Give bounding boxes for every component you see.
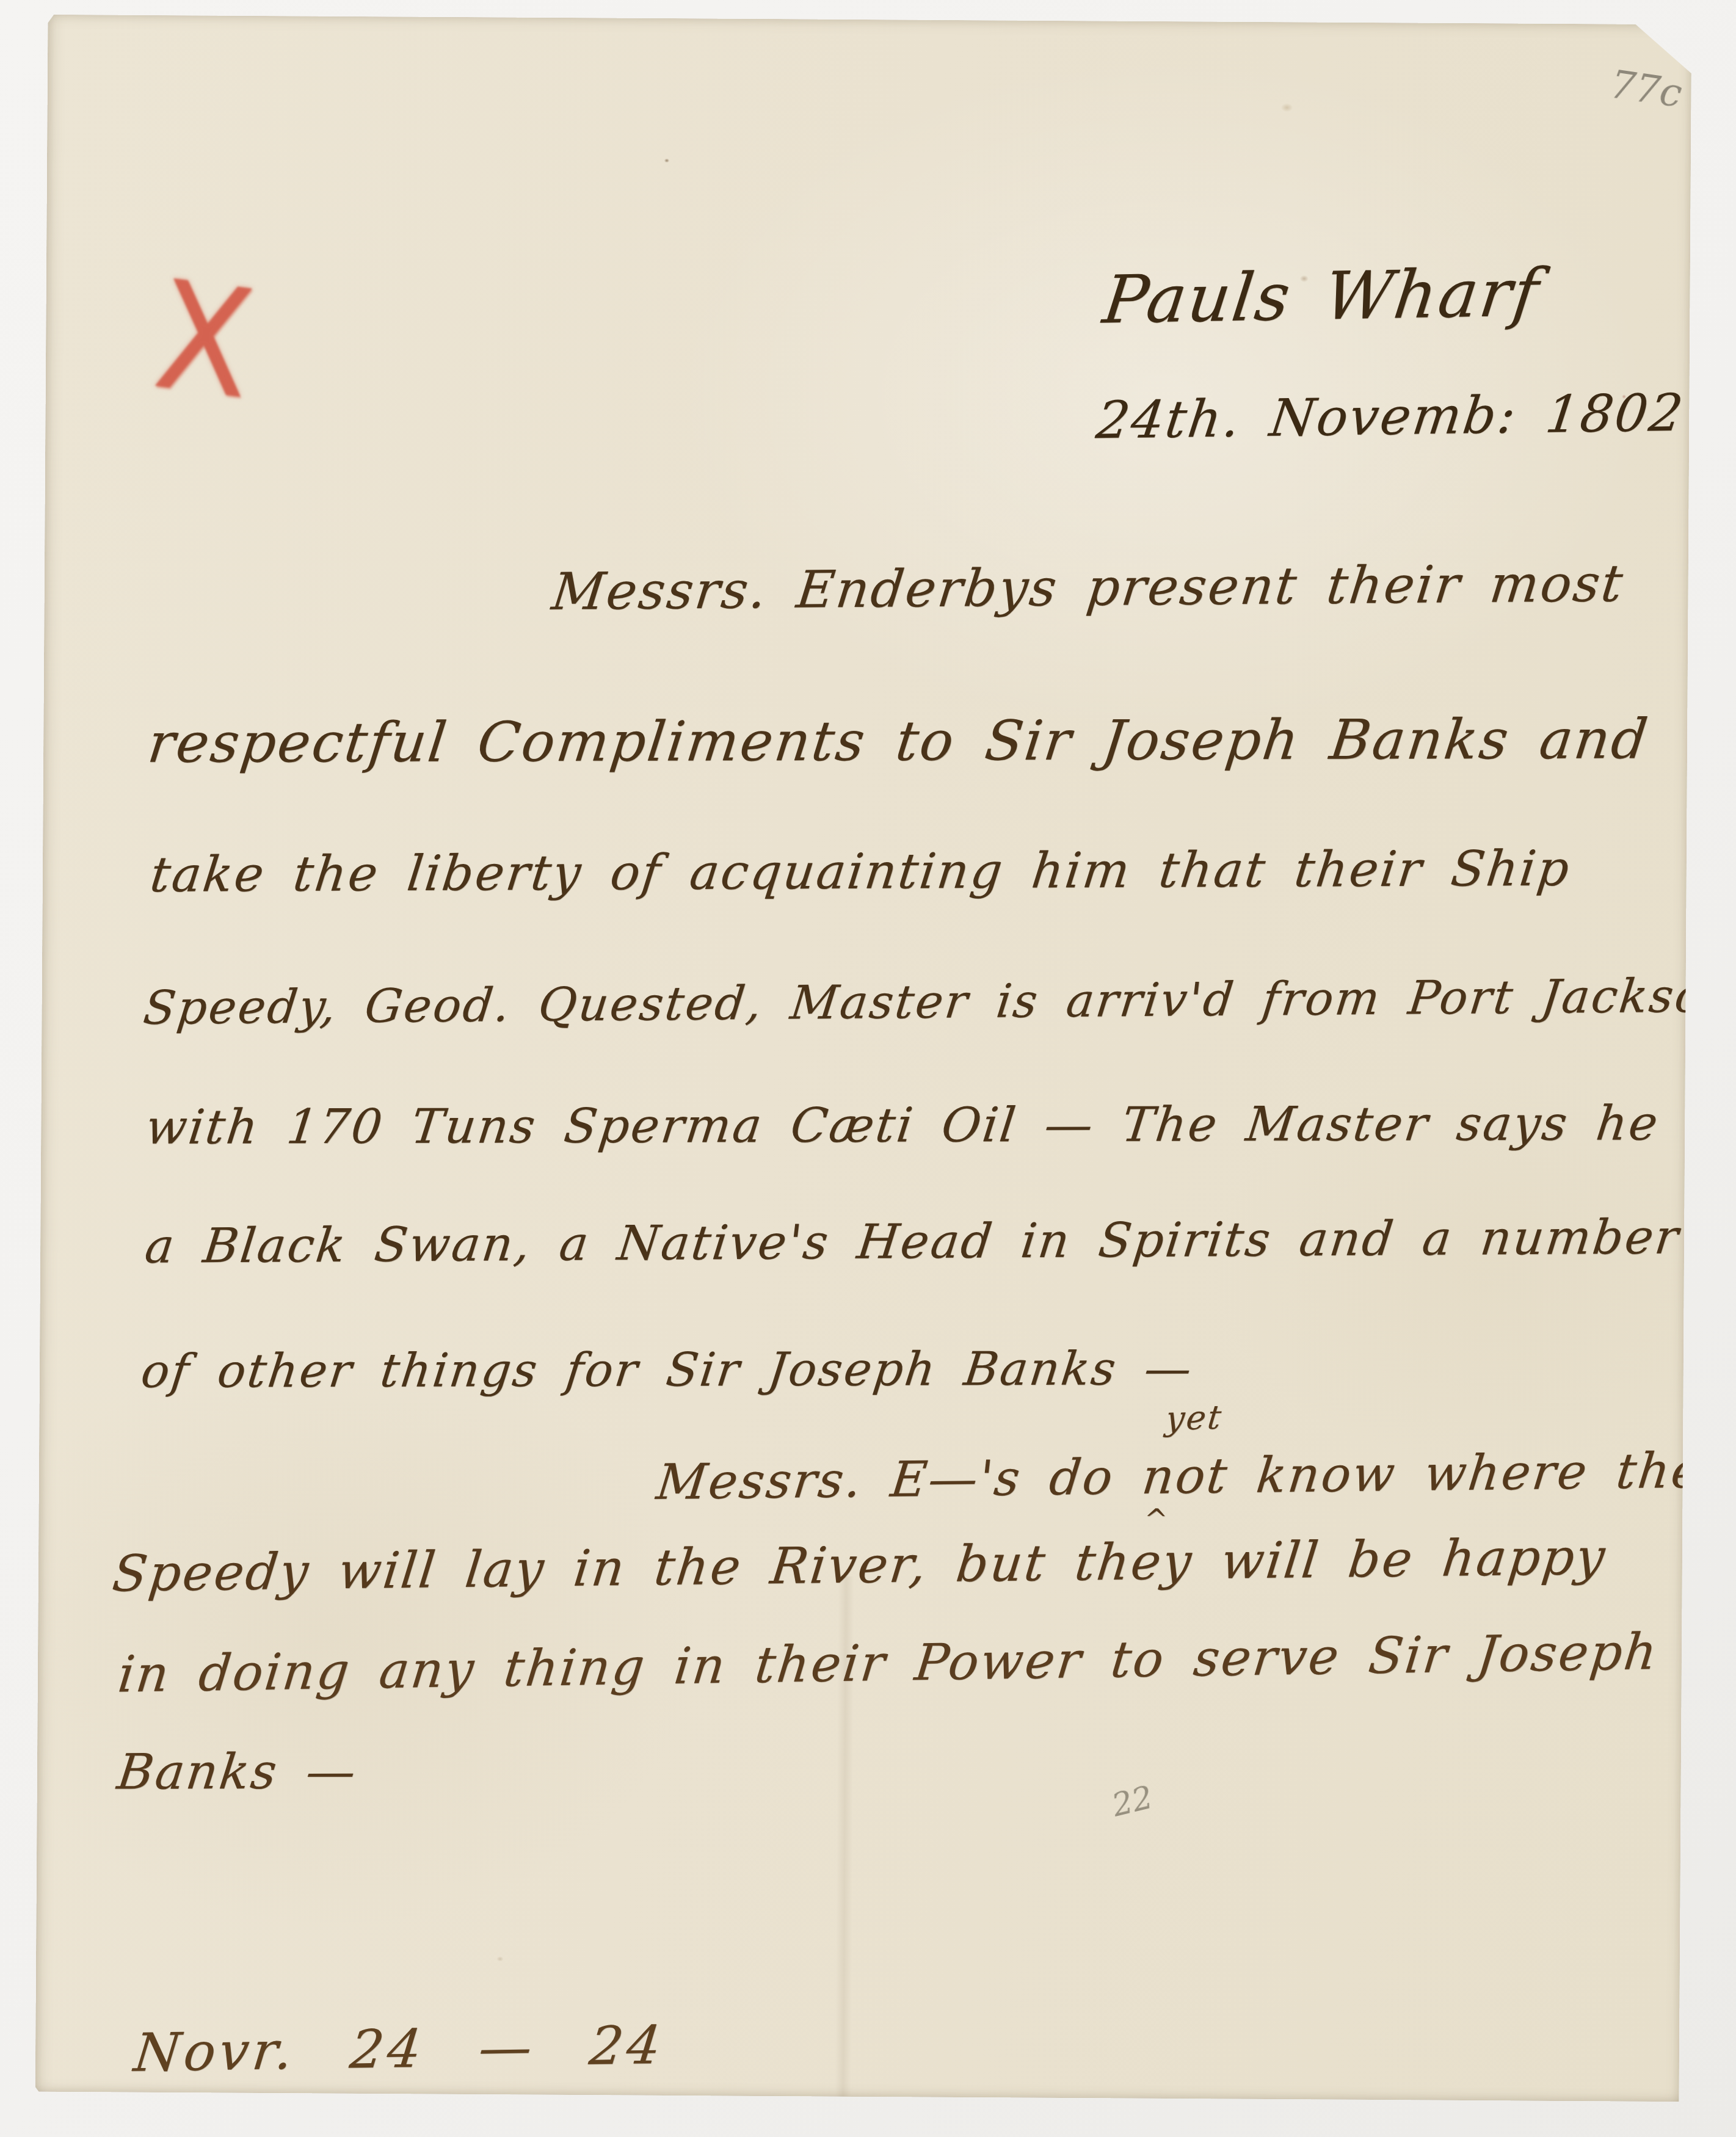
letter-line: of other things for Sir Joseph Banks — bbox=[139, 1345, 1196, 1395]
letter-line: with 170 Tuns Sperma Cæti Oil — The Mast… bbox=[143, 1100, 1736, 1152]
letter-date: 24th. Novemb: 1802 bbox=[1094, 387, 1687, 446]
letter-line: Messrs. Enderbys present their most bbox=[550, 557, 1627, 617]
letter-line: Messrs. E—'s do not know where the bbox=[654, 1446, 1705, 1507]
pencil-number: 22 bbox=[1109, 1782, 1156, 1822]
corner-pencil-mark: 77c bbox=[1608, 65, 1684, 114]
docket-note: Novr. 24 — 24 bbox=[131, 2019, 667, 2080]
letter-line: respectful Compliments to Sir Joseph Ban… bbox=[145, 712, 1652, 771]
letter-line: a Black Swan, a Native's Head in Spirits… bbox=[143, 1213, 1683, 1270]
red-x-mark: X bbox=[148, 261, 261, 421]
letter-line: take the liberty of acquainting him that… bbox=[148, 844, 1574, 899]
letter-line: Speedy, Geod. Quested, Master is arriv'd… bbox=[141, 972, 1736, 1031]
scanned-letter-background: X 77c Pauls Wharf 24th. Novemb: 1802 Mes… bbox=[0, 0, 1736, 2137]
insert-caret-mark: ^ bbox=[1142, 1505, 1171, 1533]
letter-paper: X 77c Pauls Wharf 24th. Novemb: 1802 Mes… bbox=[35, 15, 1692, 2102]
letter-line: in doing any thing in their Power to ser… bbox=[115, 1627, 1661, 1700]
inserted-word: yet bbox=[1164, 1401, 1224, 1435]
letter-place: Pauls Wharf bbox=[1100, 260, 1544, 333]
letter-line: Speedy will lay in the River, but they w… bbox=[110, 1533, 1609, 1600]
letter-line: Banks — bbox=[115, 1747, 360, 1797]
